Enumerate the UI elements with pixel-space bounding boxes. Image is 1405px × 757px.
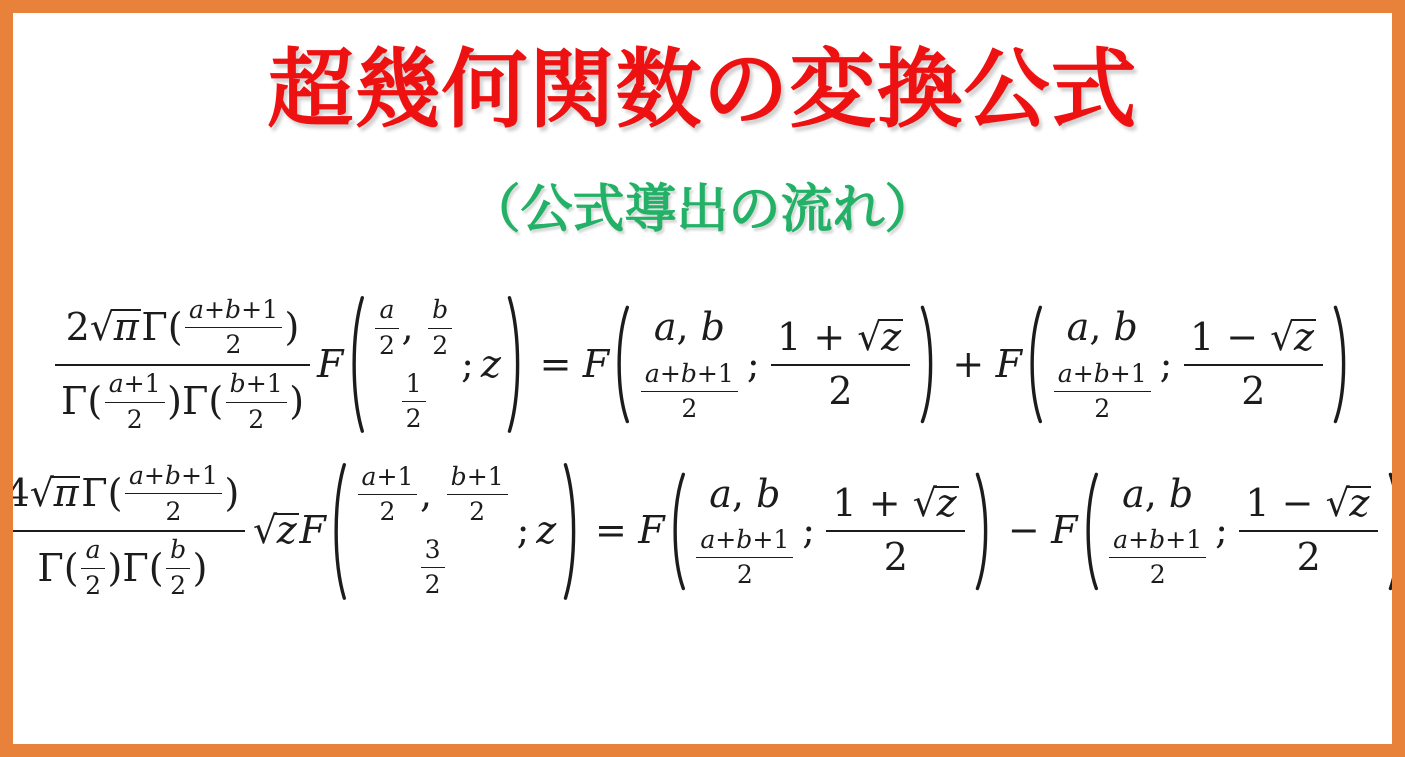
denominator: 2: [105, 403, 165, 435]
math-fraction: 1 − √z2: [1239, 481, 1378, 581]
hypergeometric-params: a+12, b+1232: [353, 462, 512, 601]
paren-right-icon: [1387, 472, 1405, 591]
math-row: 4√πΓ(a+b+12)Γ(a2)Γ(b2)√zFa+12, b+1232;z=…: [0, 461, 1405, 601]
math-sqrt: √z: [1326, 481, 1373, 527]
denominator: 2: [421, 568, 445, 600]
paren-content: a+12, b+1232;z: [348, 462, 562, 601]
denominator: 2: [81, 569, 105, 601]
formula-1: 2√πΓ(a+b+12)Γ(a+12)Γ(b+12)Fa2, b212;z=Fa…: [13, 295, 1392, 435]
numerator: 1 + √z: [771, 315, 910, 366]
radical-icon: √: [857, 315, 881, 361]
math-text: +1: [752, 525, 789, 555]
math-var: b: [756, 472, 780, 518]
math-text: 2: [406, 404, 422, 434]
math-text: +1: [697, 359, 734, 389]
denominator: 2: [1054, 392, 1151, 424]
math-fraction: a+b+12: [641, 359, 738, 425]
math-row: a+1: [109, 369, 161, 399]
math-text: 2: [1297, 535, 1321, 581]
math-row: a+b+1: [129, 461, 218, 491]
math-row: a+b+1: [1113, 525, 1202, 555]
radicand: z: [935, 481, 959, 527]
math-text: ): [224, 471, 239, 517]
math-var: b: [1094, 359, 1110, 389]
math-sqrt: √z: [857, 315, 904, 361]
math-fraction: a2: [81, 535, 105, 601]
math-sqrt: √z: [1270, 315, 1317, 361]
math-var: a: [362, 462, 377, 492]
math-row: 1 − √z: [1190, 315, 1317, 361]
math-var: b: [1113, 305, 1137, 351]
numerator: a: [375, 295, 399, 328]
math-text: −: [1008, 508, 1040, 554]
math-text: ,: [1089, 305, 1113, 351]
hypergeometric-params: a, ba+b+12: [1049, 305, 1155, 424]
math-row: a, ba+b+12;1 + √z2: [637, 305, 914, 424]
math-fraction: a+b+12: [1054, 359, 1151, 425]
radicand: z: [1348, 481, 1372, 527]
math-fraction: 32: [421, 535, 445, 601]
radicand: z: [276, 508, 300, 554]
lower-params: a+b+12: [694, 525, 796, 591]
math-text: ;: [1215, 508, 1228, 554]
numerator: a+b+1: [1109, 525, 1206, 558]
math-text: 2: [380, 497, 396, 527]
math-row: 4√πΓ(a+b+12): [6, 461, 240, 527]
lower-params: a+b+12: [638, 359, 740, 425]
numerator: a+b+1: [125, 461, 222, 494]
numerator: a+b+1: [696, 525, 793, 558]
math-var: a: [380, 295, 395, 325]
radical-icon: √: [1326, 481, 1350, 527]
paren-right-icon: [506, 295, 526, 434]
math-text: 1 +: [777, 315, 857, 361]
math-fraction: a+b+12: [185, 295, 282, 361]
radical-icon: √: [253, 508, 277, 554]
math-text: +: [1073, 359, 1094, 389]
math-text: Γ(: [37, 546, 78, 592]
math-var: a: [1113, 525, 1128, 555]
math-fraction: 4√πΓ(a+b+12)Γ(a2)Γ(b2): [0, 461, 245, 601]
denominator: 2: [641, 392, 738, 424]
numerator: 1: [402, 369, 426, 402]
math-var: a: [129, 461, 144, 491]
numerator: 1 − √z: [1184, 315, 1323, 366]
numerator: a+b+1: [185, 295, 282, 328]
denominator: Γ(a+12)Γ(b+12): [55, 366, 310, 435]
math-text: 2: [828, 369, 852, 415]
math-fraction: 1 − √z2: [1184, 315, 1323, 415]
math-row: a, ba+b+12;1 − √z2: [1049, 305, 1326, 424]
math-row: a, b: [654, 305, 725, 351]
math-text: +1: [246, 369, 283, 399]
math-var: a: [109, 369, 124, 399]
math-var: b: [736, 525, 752, 555]
math-text: ;: [747, 342, 760, 388]
hypergeometric-params: a, ba+b+12: [637, 305, 743, 424]
denominator: 2: [402, 402, 426, 434]
formula-2: 4√πΓ(a+b+12)Γ(a2)Γ(b2)√zFa+12, b+1232;z=…: [13, 461, 1392, 601]
math-text: 2: [884, 535, 908, 581]
math-text: Γ(: [61, 379, 102, 425]
math-row: 1 + √z: [777, 315, 904, 361]
math-text: 2: [170, 571, 186, 601]
numerator: b+1: [226, 369, 287, 402]
math-row: a2, b2: [373, 295, 455, 361]
math-var: a: [700, 525, 715, 555]
numerator: a+b+1: [1054, 359, 1151, 392]
paren-content: a, ba+b+12;1 + √z2: [631, 305, 919, 424]
math-fraction: a+b+12: [1109, 525, 1206, 591]
denominator: 2: [447, 495, 508, 527]
numerator: 1 + √z: [826, 481, 965, 532]
math-var: b: [1169, 472, 1193, 518]
math-text: +1: [181, 461, 218, 491]
math-text: 2: [226, 330, 242, 360]
math-text: +1: [377, 462, 414, 492]
math-sqrt: √π: [90, 305, 141, 351]
math-var: F: [583, 342, 609, 388]
radical-icon: √: [913, 481, 937, 527]
math-fraction: b+12: [226, 369, 287, 435]
hypergeometric-params: a, ba+b+12: [692, 472, 798, 591]
math-text: ;: [1160, 342, 1173, 388]
lower-params: a+b+12: [1107, 525, 1209, 591]
math-parens: a2, b212;z: [346, 295, 526, 434]
math-text: ;: [802, 508, 815, 554]
math-row: a, b: [709, 472, 780, 518]
math-text: 2: [737, 560, 753, 590]
math-parens: a, ba+b+12;1 − √z2: [1080, 472, 1405, 591]
math-sqrt: √π: [30, 471, 81, 517]
math-text: 2: [1150, 560, 1166, 590]
math-text: 1 +: [833, 481, 913, 527]
math-text: 2: [681, 394, 697, 424]
math-text: )Γ(: [167, 379, 223, 425]
math-text: 1 −: [1190, 315, 1270, 361]
math-var: z: [536, 508, 556, 554]
numerator: 2√πΓ(a+b+12): [55, 295, 310, 366]
math-text: 2: [1094, 394, 1110, 424]
numerator: b: [166, 535, 190, 568]
denominator: 2: [375, 329, 399, 361]
numerator: a: [81, 535, 105, 568]
math-var: b: [225, 295, 241, 325]
hypergeometric-params: a2, b212: [371, 295, 457, 434]
math-text: Γ(: [81, 471, 122, 517]
math-var: b: [451, 462, 467, 492]
numerator: b: [428, 295, 452, 328]
math-text: 2: [127, 405, 143, 435]
lower-params: 12: [399, 369, 428, 435]
math-var: z: [881, 315, 901, 359]
numerator: 4√πΓ(a+b+12): [0, 461, 245, 532]
math-sqrt: √z: [253, 508, 300, 554]
math-var: z: [481, 342, 501, 388]
math-text: 1 −: [1245, 481, 1325, 527]
upper-params: a2, b2: [373, 295, 455, 361]
denominator: 2: [185, 328, 282, 360]
denominator: 2: [1184, 366, 1323, 415]
math-row: 2√πΓ(a+b+12)Γ(a+12)Γ(b+12)Fa2, b212;z=Fa…: [51, 295, 1354, 435]
slide: 超幾何関数の変換公式 （公式導出の流れ） 2√πΓ(a+b+12)Γ(a+12)…: [13, 13, 1392, 744]
math-row: b+1: [451, 462, 504, 492]
paren-left-icon: [328, 462, 348, 601]
paren-right-icon: [919, 305, 939, 424]
paren-left-icon: [611, 305, 631, 424]
math-text: ,: [676, 305, 700, 351]
page-title: 超幾何関数の変換公式: [13, 43, 1392, 138]
math-var: b: [170, 535, 186, 565]
math-text: 1: [406, 369, 422, 399]
math-fraction: 1 + √z2: [771, 315, 910, 415]
math-text: 2: [469, 497, 485, 527]
math-row: 1 − √z: [1245, 481, 1372, 527]
math-text: 2: [432, 331, 448, 361]
paren-right-icon: [1332, 305, 1352, 424]
denominator: 2: [1239, 532, 1378, 581]
math-var: b: [432, 295, 448, 325]
math-parens: a, ba+b+12;1 − √z2: [1024, 305, 1351, 424]
math-text: +: [144, 461, 165, 491]
math-text: +: [952, 342, 984, 388]
math-row: Γ(a+12)Γ(b+12): [61, 369, 304, 435]
page-subtitle: （公式導出の流れ）: [13, 182, 1392, 239]
upper-params: a, b: [654, 305, 725, 351]
radical-icon: √: [1270, 315, 1294, 361]
math-row: Γ(a2)Γ(b2): [37, 535, 207, 601]
math-text: 4: [6, 471, 30, 517]
math-text: ;: [461, 342, 474, 388]
math-row: 2√πΓ(a+b+12): [66, 295, 300, 361]
lower-params: a+b+12: [1051, 359, 1153, 425]
math-parens: a+12, b+1232;z: [328, 462, 581, 601]
denominator: 2: [226, 403, 287, 435]
math-text: 3: [425, 535, 441, 565]
math-var: a: [86, 535, 101, 565]
formulas-block: 2√πΓ(a+b+12)Γ(a+12)Γ(b+12)Fa2, b212;z=Fa…: [13, 295, 1392, 601]
paren-right-icon: [974, 472, 994, 591]
math-var: a: [1122, 472, 1145, 518]
denominator: 2: [428, 329, 452, 361]
paren-content: a, ba+b+12;1 − √z2: [1044, 305, 1332, 424]
math-var: z: [1349, 481, 1369, 525]
paren-left-icon: [1024, 305, 1044, 424]
numerator: a+1: [358, 462, 418, 495]
hypergeometric-params: a, ba+b+12: [1105, 472, 1211, 591]
math-row: a+b+1: [645, 359, 734, 389]
math-text: +: [660, 359, 681, 389]
numerator: a+b+1: [641, 359, 738, 392]
paren-content: a, ba+b+12;1 + √z2: [687, 472, 975, 591]
math-fraction: a+b+12: [696, 525, 793, 591]
math-text: ): [285, 305, 300, 351]
math-row: a+12, b+12: [355, 462, 510, 528]
math-var: a: [189, 295, 204, 325]
math-var: F: [299, 508, 325, 554]
numerator: a+1: [105, 369, 165, 402]
math-var: F: [996, 342, 1022, 388]
radical-icon: √: [90, 305, 114, 351]
math-text: Γ(: [141, 305, 182, 351]
math-row: a, ba+b+12;1 + √z2: [692, 472, 969, 591]
math-text: ,: [732, 472, 756, 518]
math-text: ,: [402, 305, 426, 351]
math-text: )Γ(: [108, 546, 164, 592]
math-row: a2, b212;z: [371, 295, 501, 434]
denominator: 2: [125, 494, 222, 526]
paren-content: a, ba+b+12;1 − √z2: [1099, 472, 1387, 591]
math-fraction: a+b+12: [125, 461, 222, 527]
upper-params: a+12, b+12: [355, 462, 510, 528]
math-parens: a, ba+b+12;1 + √z2: [667, 472, 994, 591]
paren-left-icon: [1080, 472, 1100, 591]
denominator: 2: [696, 558, 793, 590]
math-var: b: [701, 305, 725, 351]
math-text: 2: [165, 497, 181, 527]
math-fraction: 12: [402, 369, 426, 435]
math-var: a: [654, 305, 677, 351]
math-text: +1: [467, 462, 504, 492]
math-row: a, b: [1122, 472, 1193, 518]
math-text: +1: [124, 369, 161, 399]
math-text: 2: [1241, 369, 1265, 415]
math-var: F: [1051, 508, 1077, 554]
radicand: π: [52, 471, 81, 517]
upper-params: a, b: [709, 472, 780, 518]
paren-right-icon: [562, 462, 582, 601]
math-var: F: [638, 508, 664, 554]
math-row: a+12, b+1232;z: [353, 462, 556, 601]
math-fraction: b2: [166, 535, 190, 601]
math-fraction: b+12: [447, 462, 508, 528]
math-var: b: [681, 359, 697, 389]
math-row: a+b+1: [700, 525, 789, 555]
denominator: 2: [771, 366, 910, 415]
math-var: a: [1058, 359, 1073, 389]
math-var: a: [1067, 305, 1090, 351]
math-fraction: 2√πΓ(a+b+12)Γ(a+12)Γ(b+12): [55, 295, 310, 435]
math-text: =: [540, 342, 572, 388]
math-text: =: [595, 508, 627, 554]
denominator: Γ(a2)Γ(b2): [0, 532, 245, 601]
math-row: a+b+1: [189, 295, 278, 325]
math-text: 2: [425, 570, 441, 600]
math-row: a+1: [362, 462, 414, 492]
math-fraction: a2: [375, 295, 399, 361]
denominator: 2: [358, 495, 418, 527]
math-row: a+b+1: [1058, 359, 1147, 389]
math-var: z: [937, 481, 957, 525]
radicand: π: [113, 305, 142, 351]
math-var: b: [1149, 525, 1165, 555]
radicand: z: [1293, 315, 1317, 361]
numerator: b+1: [447, 462, 508, 495]
paren-content: a2, b212;z: [365, 295, 506, 434]
paren-left-icon: [346, 295, 366, 434]
math-row: b+1: [230, 369, 283, 399]
math-text: ): [193, 546, 208, 592]
lower-params: 32: [418, 535, 447, 601]
denominator: 2: [1109, 558, 1206, 590]
paren-left-icon: [667, 472, 687, 591]
math-var: a: [709, 472, 732, 518]
math-text: 2: [379, 331, 395, 361]
math-text: ;: [517, 508, 530, 554]
upper-params: a, b: [1067, 305, 1138, 351]
math-text: 2: [66, 305, 90, 351]
radicand: z: [880, 315, 904, 361]
math-fraction: 1 + √z2: [826, 481, 965, 581]
denominator: 2: [166, 569, 190, 601]
math-var: a: [645, 359, 660, 389]
math-fraction: a+12: [358, 462, 418, 528]
math-text: 2: [248, 405, 264, 435]
math-parens: a, ba+b+12;1 + √z2: [611, 305, 938, 424]
math-text: ,: [420, 472, 444, 518]
math-text: 2: [85, 571, 101, 601]
math-text: ,: [1145, 472, 1169, 518]
math-fraction: a+12: [105, 369, 165, 435]
math-row: 1 + √z: [833, 481, 960, 527]
upper-params: a, b: [1122, 472, 1193, 518]
math-text: ): [289, 379, 304, 425]
math-text: +: [715, 525, 736, 555]
math-var: z: [277, 508, 297, 552]
math-row: a, ba+b+12;1 − √z2: [1105, 472, 1382, 591]
numerator: 1 − √z: [1239, 481, 1378, 532]
math-row: a, b: [1067, 305, 1138, 351]
math-sqrt: √z: [913, 481, 960, 527]
math-var: π: [54, 471, 79, 515]
math-var: z: [1294, 315, 1314, 359]
radical-icon: √: [30, 471, 54, 517]
math-text: +1: [1110, 359, 1147, 389]
math-var: π: [114, 305, 139, 349]
math-var: b: [165, 461, 181, 491]
math-text: +1: [1165, 525, 1202, 555]
math-text: +: [1128, 525, 1149, 555]
math-text: +1: [241, 295, 278, 325]
math-var: F: [317, 342, 343, 388]
math-fraction: b2: [428, 295, 452, 361]
math-var: b: [230, 369, 246, 399]
numerator: 3: [421, 535, 445, 568]
denominator: 2: [826, 532, 965, 581]
math-text: +: [204, 295, 225, 325]
